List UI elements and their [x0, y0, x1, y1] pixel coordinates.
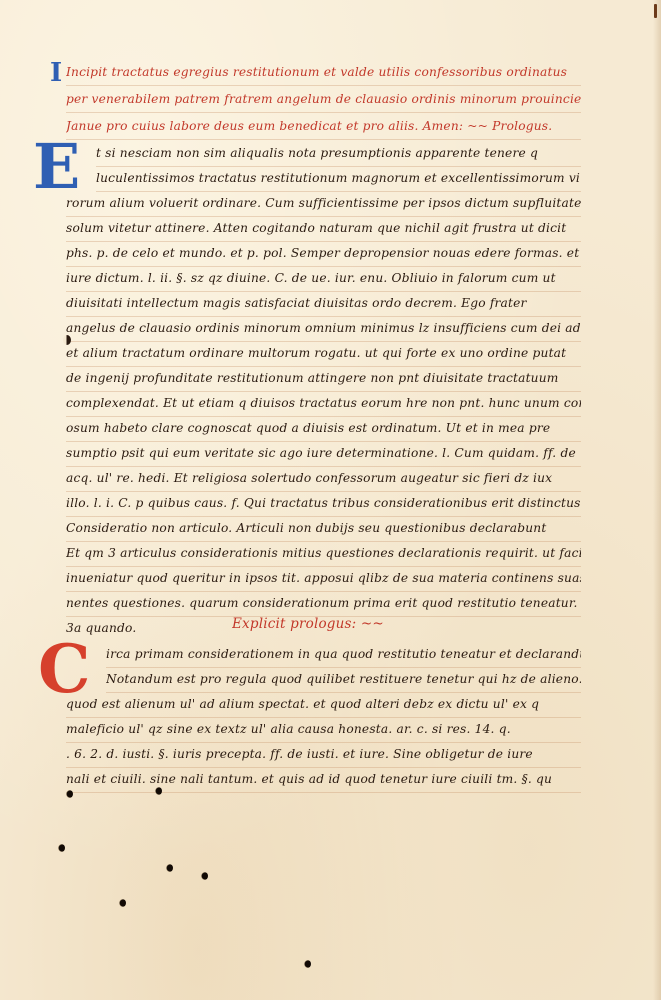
prologue-initial: E: [33, 136, 80, 198]
prologue-line: acq. ul' re. hedi. Et religiosa solertud…: [66, 468, 581, 492]
prologue-line: solum vitetur attinere. Atten cogitando …: [66, 218, 581, 242]
prologue-line: angelus de clauasio ordinis minorum omni…: [66, 318, 581, 342]
prologue-line: t si nesciam non sim aliqualis nota pres…: [96, 143, 581, 167]
page-gutter-shadow: [653, 0, 661, 1000]
prologue-line: phs. p. de celo et mundo. et p. pol. Sem…: [66, 243, 581, 267]
body-line: irca primam considerationem in qua quod …: [106, 644, 581, 668]
prologue-line: iure dictum. l. ii. §. sz qz diuine. C. …: [66, 268, 581, 292]
prologue-line: illo. l. i. C. p quibus caus. f. Qui tra…: [66, 493, 581, 517]
explicit-rubric: Explicit prologus: ~~: [232, 614, 432, 637]
incipit-initial: I: [50, 60, 62, 86]
prologue-line: inueniatur quod queritur in ipsos tit. a…: [66, 568, 581, 592]
body-initial: C: [38, 636, 91, 702]
worm-hole: [119, 899, 126, 907]
prologue-line: rorum alium voluerit ordinare. Cum suffi…: [66, 193, 581, 217]
body-line: quod est alienum ul' ad alium spectat. e…: [66, 694, 581, 718]
prologue-line: Et qm 3 articulus considerationis mitius…: [66, 543, 581, 567]
folio-mark: [654, 4, 657, 18]
prologue-line: sumptio psit qui eum veritate sic ago iu…: [66, 443, 581, 467]
worm-hole: [304, 960, 311, 968]
worm-hole: [155, 787, 162, 795]
body-line: maleficio ul' qz sine ex textz ul' alia …: [66, 719, 581, 743]
prologue-line: luculentissimos tractatus restitutionum …: [96, 168, 581, 192]
incipit-line-2: per venerabilem patrem fratrem angelum d…: [66, 89, 581, 113]
body-line: . 6. 2. d. iusti. §. iuris precepta. ff.…: [66, 744, 581, 768]
prologue-line: et alium tractatum ordinare multorum rog…: [66, 343, 581, 367]
prologue-line: de ingenij profunditate restitutionum at…: [66, 368, 581, 392]
body-line: Notandum est pro regula quod quilibet re…: [106, 669, 581, 693]
worm-hole: [201, 872, 208, 880]
worm-hole: [166, 864, 173, 872]
incipit-line-1: Incipit tractatus egregius restitutionum…: [66, 62, 581, 86]
incipit-line-3: Janue pro cuius labore deus eum benedica…: [66, 116, 581, 140]
worm-hole: [58, 844, 65, 852]
prologue-line: Consideratio non articulo. Articuli non …: [66, 518, 581, 542]
body-line: nali et ciuili. sine nali tantum. et qui…: [66, 769, 581, 793]
prologue-line: diuisitati intellectum magis satisfaciat…: [66, 293, 581, 317]
prologue-line: osum habeto clare cognoscat quod a diuis…: [66, 418, 581, 442]
manuscript-page: I Incipit tractatus egregius restitution…: [0, 0, 661, 1000]
prologue-line: complexendat. Et ut etiam q diuisos trac…: [66, 393, 581, 417]
worm-hole: [66, 790, 73, 798]
